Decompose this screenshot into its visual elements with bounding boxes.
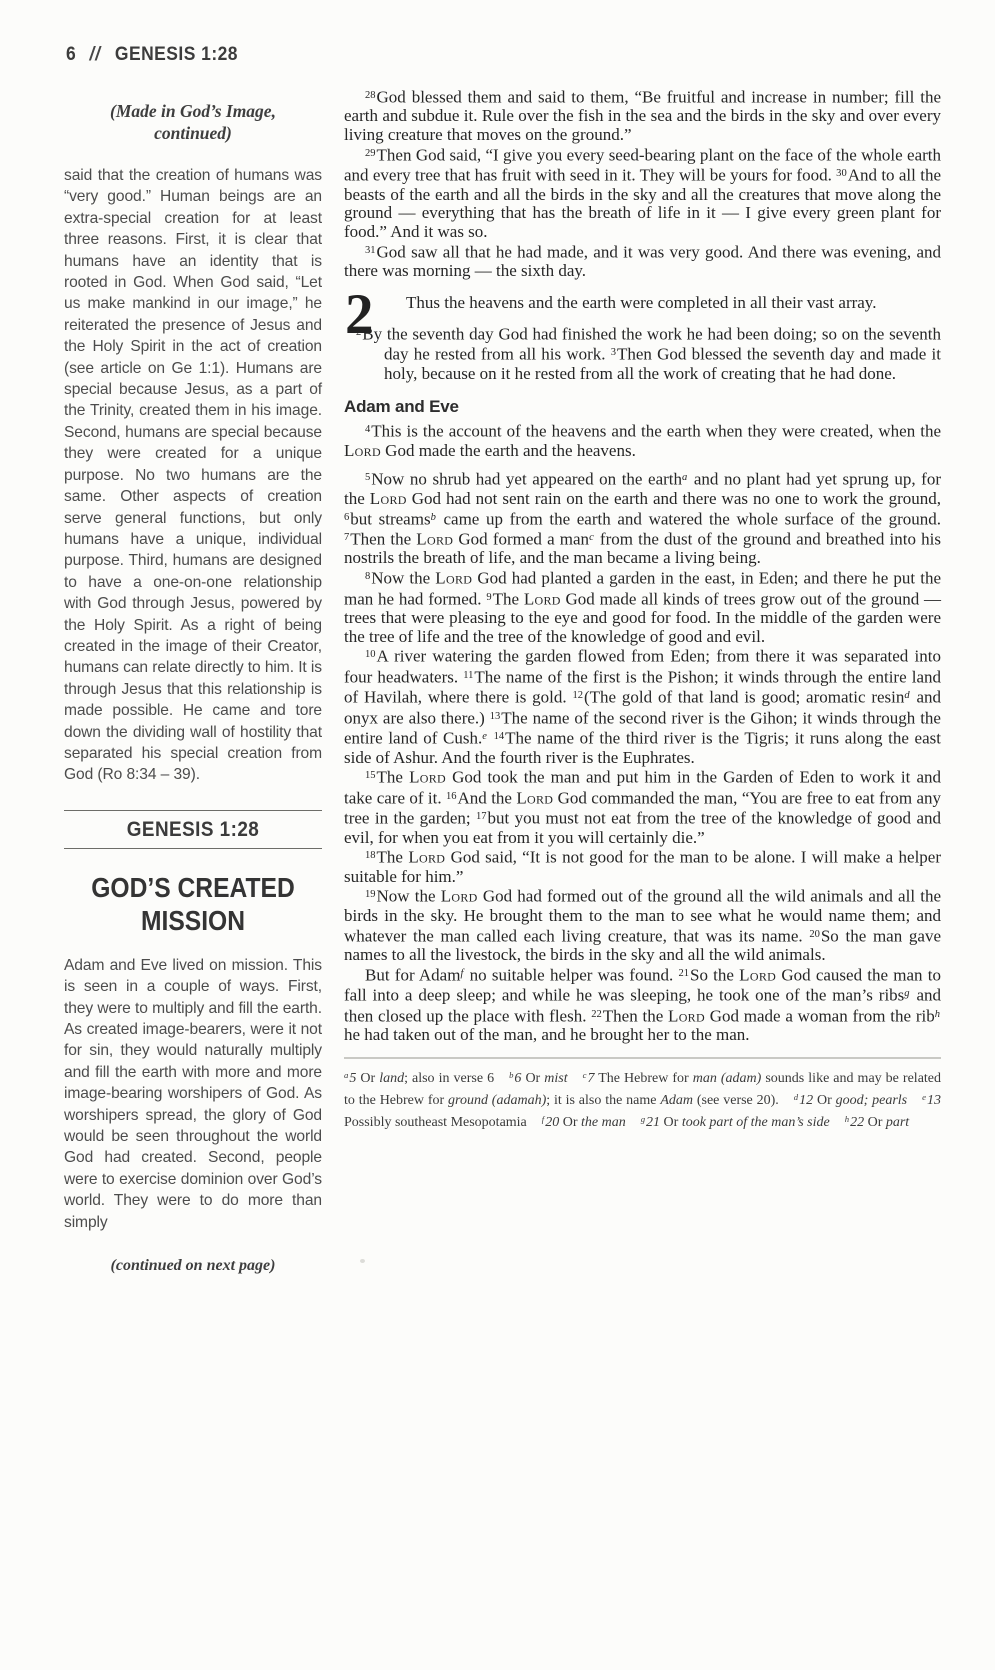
verse-28-paragraph: 28God blessed them and said to them, “Be… [344, 87, 941, 145]
translation-footnotes: a5 Or land; also in verse 6b6 Or mistc7 … [344, 1066, 941, 1133]
study-notes-column: (Made in God’s Image, continued) said th… [64, 92, 322, 1275]
verses-10-14-paragraph: 10A river watering the garden flowed fro… [344, 646, 941, 767]
reference-box-title: GENESIS 1:28 [77, 818, 309, 842]
scripture-column: 28God blessed them and said to them, “Be… [344, 87, 941, 1133]
study-note-reference-box: GENESIS 1:28 [64, 810, 322, 849]
header-separator: // [90, 44, 102, 65]
page-number: 6 [66, 44, 76, 65]
verse-4-paragraph: 4This is the account of the heavens and … [344, 421, 941, 460]
note-continued-heading: (Made in God’s Image, continued) [64, 100, 322, 144]
note-continued-heading-line1: (Made in God’s Image, [64, 100, 322, 122]
verses-5-7-paragraph: 5Now no shrub had yet appeared on the ea… [344, 469, 941, 568]
chapter-2-verse-1: Thus the heavens and the earth were comp… [406, 294, 941, 313]
verses-15-17-paragraph: 15The Lord God took the man and put him … [344, 767, 941, 847]
verse-31-paragraph: 31God saw all that he had made, and it w… [344, 242, 941, 281]
article-title-line2: MISSION [79, 904, 306, 937]
verses-29-30-paragraph: 29Then God said, “I give you every seed-… [344, 145, 941, 242]
running-header: 6//GENESIS 1:28 [66, 44, 238, 66]
section-heading-adam-and-eve: Adam and Eve [344, 398, 941, 417]
verse-18-paragraph: 18The Lord God said, “It is not good for… [344, 847, 941, 886]
continued-on-next-page-note: (continued on next page) [64, 1257, 322, 1275]
article-title: GOD’S CREATED MISSION [79, 871, 306, 937]
article-text: Adam and Eve lived on mission. This is s… [64, 955, 322, 1233]
verses-20b-22-paragraph: But for Adamf no suitable helper was fou… [344, 965, 941, 1045]
chapter-2-verses-2-3: 2By the seventh day God had finished the… [384, 324, 941, 384]
scan-speck [360, 1259, 365, 1263]
chapter-2-drop-cap: 2 [345, 290, 374, 340]
footnotes-divider [344, 1057, 941, 1059]
chapter-2-opening: 2 Thus the heavens and the earth were co… [344, 294, 941, 314]
chapter-1-paragraphs: 28God blessed them and said to them, “Be… [344, 87, 941, 281]
article-title-line1: GOD’S CREATED [79, 871, 306, 904]
note-continued-heading-line2: continued) [64, 122, 322, 144]
chapter-2-paragraphs: 5Now no shrub had yet appeared on the ea… [344, 469, 941, 1044]
header-book-reference: GENESIS 1:28 [115, 44, 238, 65]
verses-19-20-paragraph: 19Now the Lord God had formed out of the… [344, 886, 941, 964]
verses-8-9-paragraph: 8Now the Lord God had planted a garden i… [344, 568, 941, 646]
study-note-text: said that the creation of humans was “ve… [64, 165, 322, 786]
